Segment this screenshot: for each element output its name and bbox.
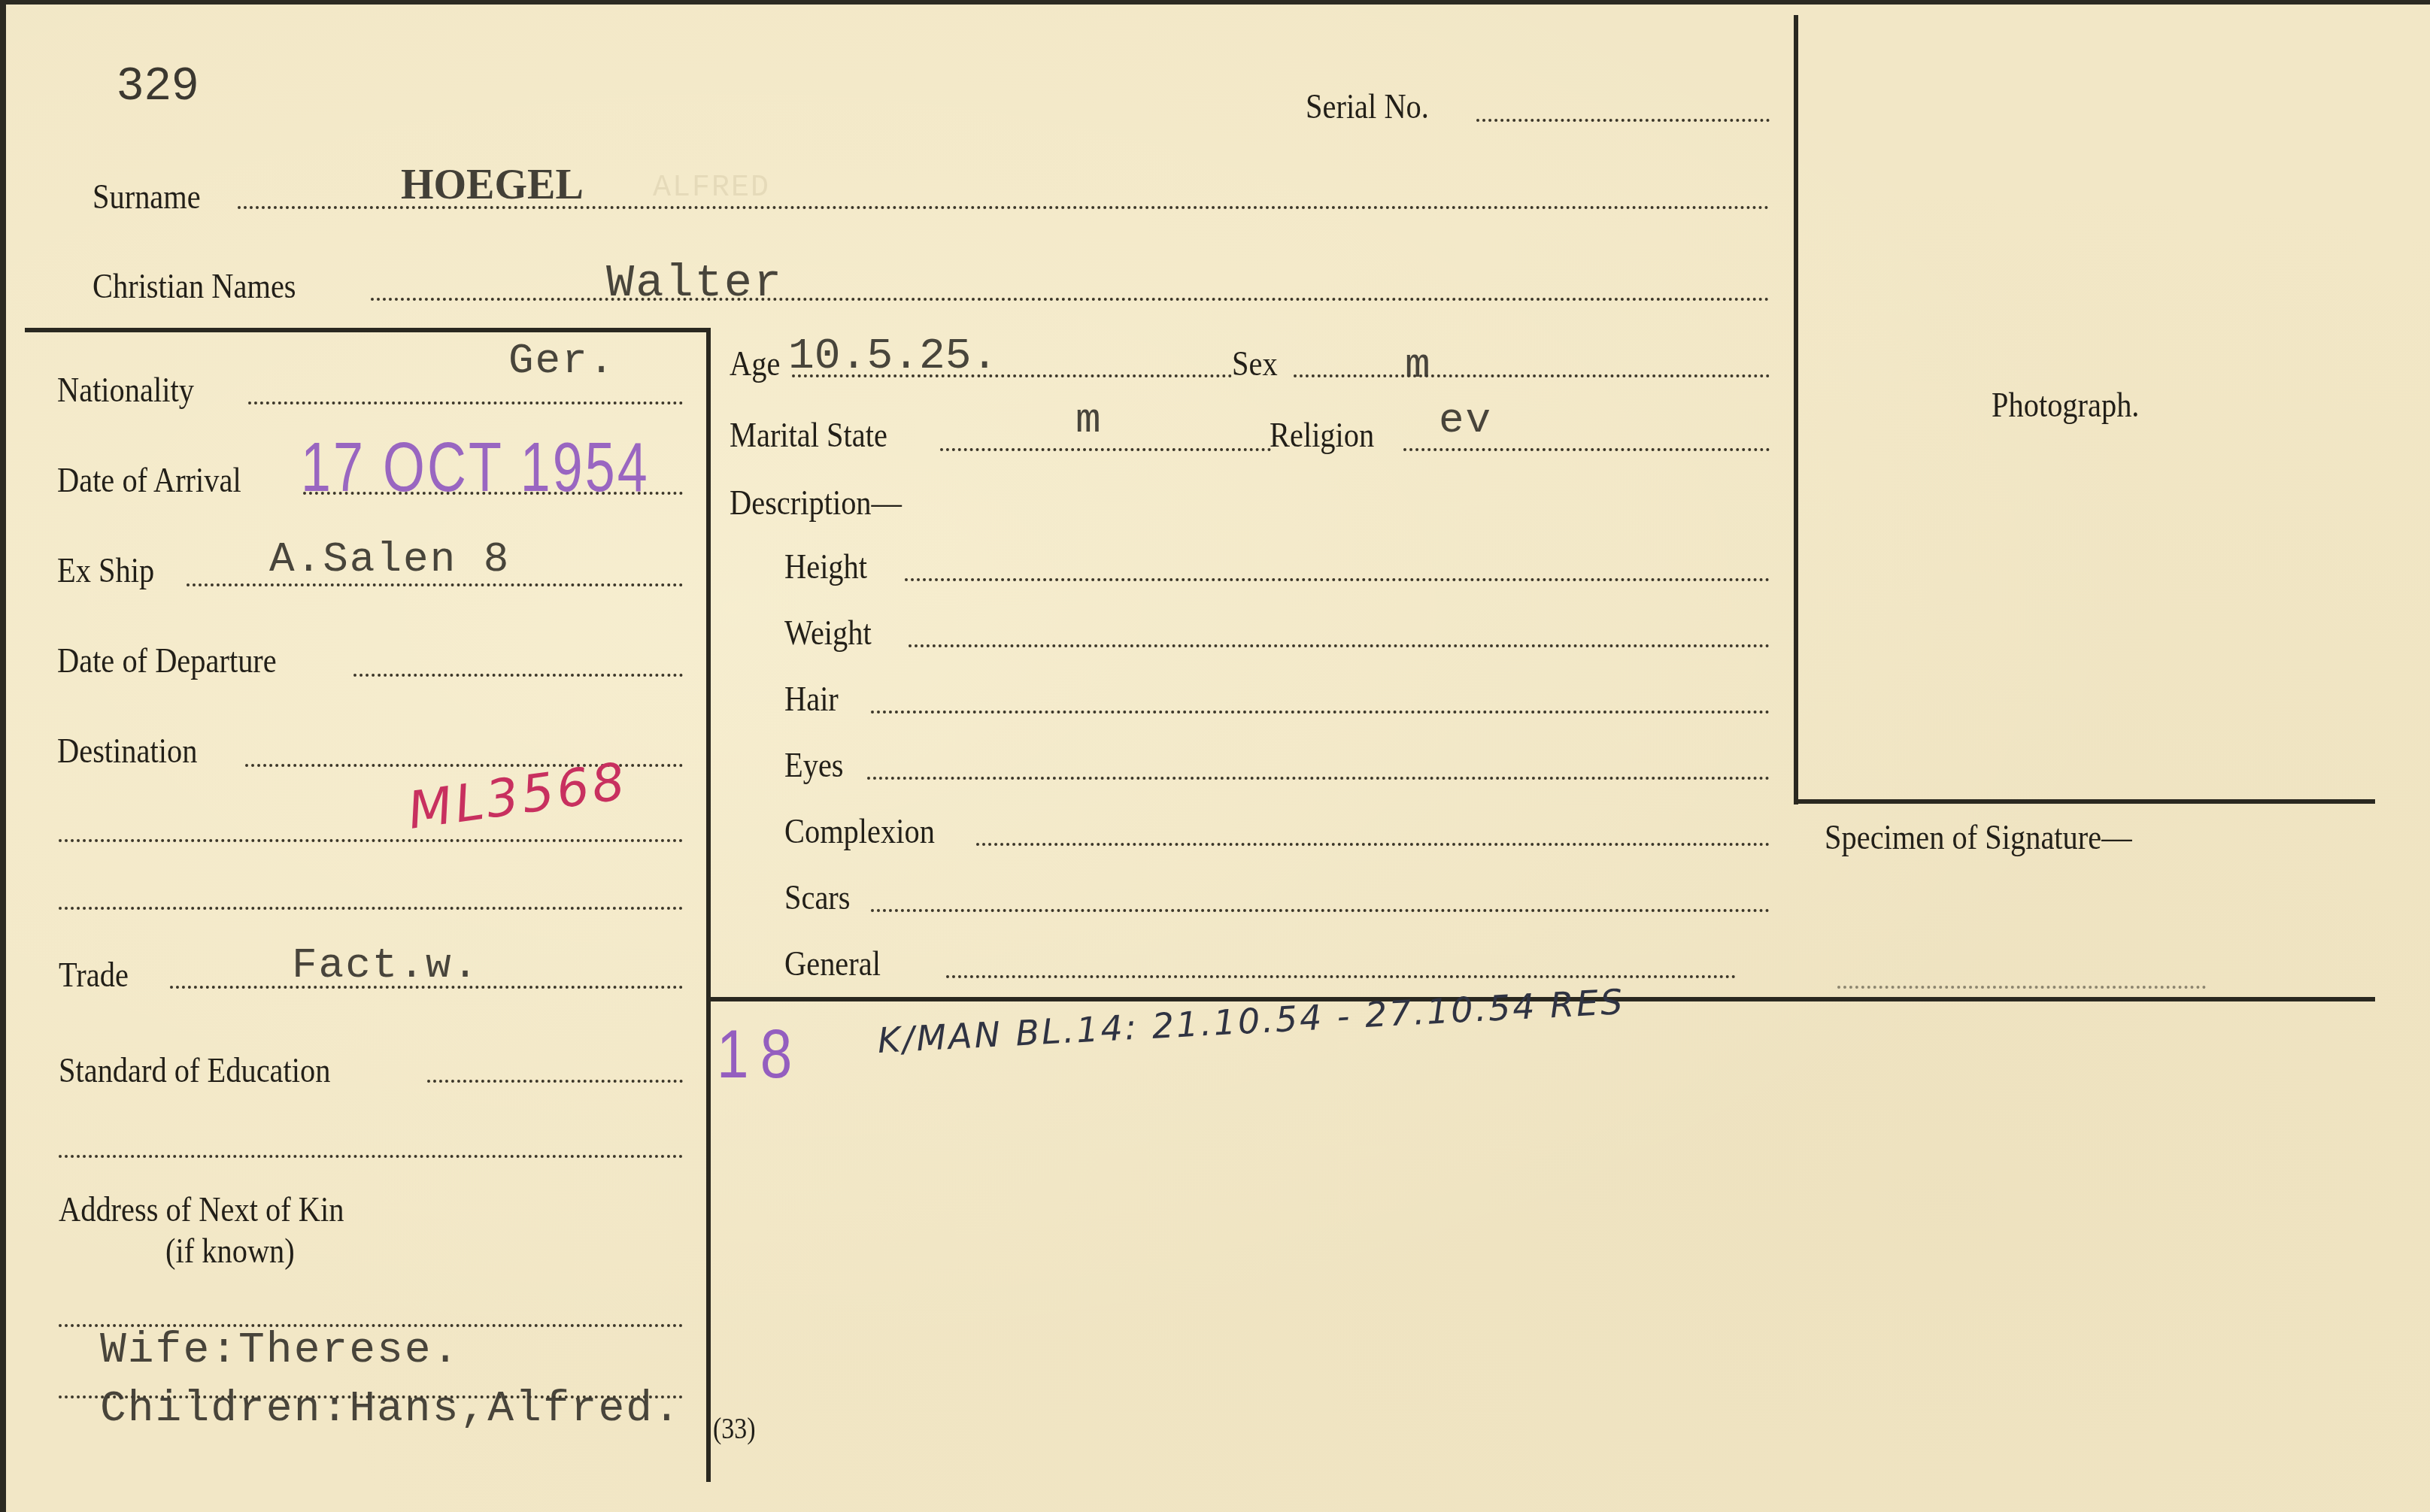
standard-of-education-field-line-2[interactable] bbox=[59, 1155, 683, 1158]
complexion-field[interactable] bbox=[976, 843, 1770, 846]
sex-value: m bbox=[1405, 344, 1432, 386]
christian-names-value: Walter bbox=[606, 260, 783, 307]
trade-label: Trade bbox=[59, 958, 129, 993]
form-code: (33) bbox=[713, 1410, 756, 1446]
ex-ship-field[interactable] bbox=[187, 583, 683, 586]
marital-state-field[interactable] bbox=[940, 448, 1271, 451]
weight-field[interactable] bbox=[909, 644, 1770, 647]
sex-label: Sex bbox=[1232, 347, 1278, 382]
next-of-kin-label: Address of Next of Kin bbox=[59, 1192, 344, 1228]
destination-field-line-2[interactable] bbox=[59, 839, 683, 842]
nationality-label: Nationality bbox=[57, 373, 194, 408]
destination-label: Destination bbox=[57, 734, 197, 769]
religion-field[interactable] bbox=[1403, 448, 1770, 451]
registration-card: 329 Serial No. Surname HOEGEL ALFRED Chr… bbox=[0, 0, 2430, 1512]
destination-field-line-3[interactable] bbox=[59, 907, 683, 910]
photo-box-divider bbox=[1794, 15, 1798, 804]
signature-label: Specimen of Signature— bbox=[1825, 820, 2132, 856]
description-label: Description— bbox=[730, 486, 902, 521]
general-label: General bbox=[784, 947, 881, 982]
next-of-kin-line-1: Wife:Therese. bbox=[100, 1329, 460, 1373]
eyes-field[interactable] bbox=[867, 777, 1770, 780]
left-column-divider bbox=[706, 328, 711, 1482]
standard-of-education-label: Standard of Education bbox=[59, 1053, 330, 1089]
sex-field[interactable] bbox=[1294, 374, 1770, 377]
eyes-label: Eyes bbox=[784, 748, 844, 783]
hair-label: Hair bbox=[784, 682, 839, 717]
photo-box-bottom-rule bbox=[1794, 799, 2375, 804]
weight-label: Weight bbox=[784, 616, 872, 651]
christian-names-label: Christian Names bbox=[93, 269, 296, 305]
complexion-label: Complexion bbox=[784, 814, 935, 850]
date-of-departure-field[interactable] bbox=[353, 674, 683, 677]
stamp-number: 18 bbox=[717, 1021, 804, 1089]
ex-ship-label: Ex Ship bbox=[57, 553, 154, 589]
surname-ghost-text: ALFRED bbox=[653, 174, 770, 204]
ex-ship-value: A.Salen 8 bbox=[269, 538, 510, 580]
date-of-departure-label: Date of Departure bbox=[57, 644, 277, 679]
date-of-arrival-label: Date of Arrival bbox=[57, 463, 241, 498]
general-field[interactable] bbox=[946, 975, 1736, 978]
top-section-rule bbox=[25, 328, 710, 332]
hair-field[interactable] bbox=[871, 711, 1770, 714]
destination-pencil-note: ML3568 bbox=[405, 756, 631, 838]
scars-field[interactable] bbox=[871, 909, 1770, 912]
signature-field[interactable] bbox=[1837, 986, 2206, 989]
surname-label: Surname bbox=[93, 180, 201, 215]
standard-of-education-field[interactable] bbox=[427, 1080, 683, 1083]
arrival-date-stamp: 17 OCT 1954 bbox=[301, 433, 650, 502]
next-of-kin-line-2: Children:Hans,Alfred. bbox=[100, 1388, 681, 1432]
age-value: 10.5.25. bbox=[788, 335, 997, 379]
age-label: Age bbox=[730, 347, 780, 382]
nationality-field[interactable] bbox=[248, 401, 683, 405]
photograph-label: Photograph. bbox=[1992, 388, 2139, 423]
height-label: Height bbox=[784, 550, 867, 585]
height-field[interactable] bbox=[905, 578, 1770, 581]
trade-value: Fact.w. bbox=[292, 944, 479, 986]
nationality-value: Ger. bbox=[508, 340, 615, 382]
scars-label: Scars bbox=[784, 880, 851, 916]
marital-state-label: Marital State bbox=[730, 418, 887, 453]
christian-names-field[interactable] bbox=[371, 298, 1770, 301]
serial-no-label: Serial No. bbox=[1306, 89, 1429, 125]
surname-value: HOEGEL bbox=[401, 164, 584, 206]
religion-label: Religion bbox=[1270, 418, 1374, 453]
religion-value: ev bbox=[1439, 399, 1492, 441]
handwritten-note: K/MAN BL.14: 21.10.54 - 27.10.54 RES bbox=[877, 984, 1626, 1058]
marital-state-value: m bbox=[1075, 399, 1103, 441]
next-of-kin-sublabel: (if known) bbox=[165, 1234, 295, 1269]
card-number: 329 bbox=[117, 57, 199, 111]
serial-no-field[interactable] bbox=[1476, 119, 1770, 122]
